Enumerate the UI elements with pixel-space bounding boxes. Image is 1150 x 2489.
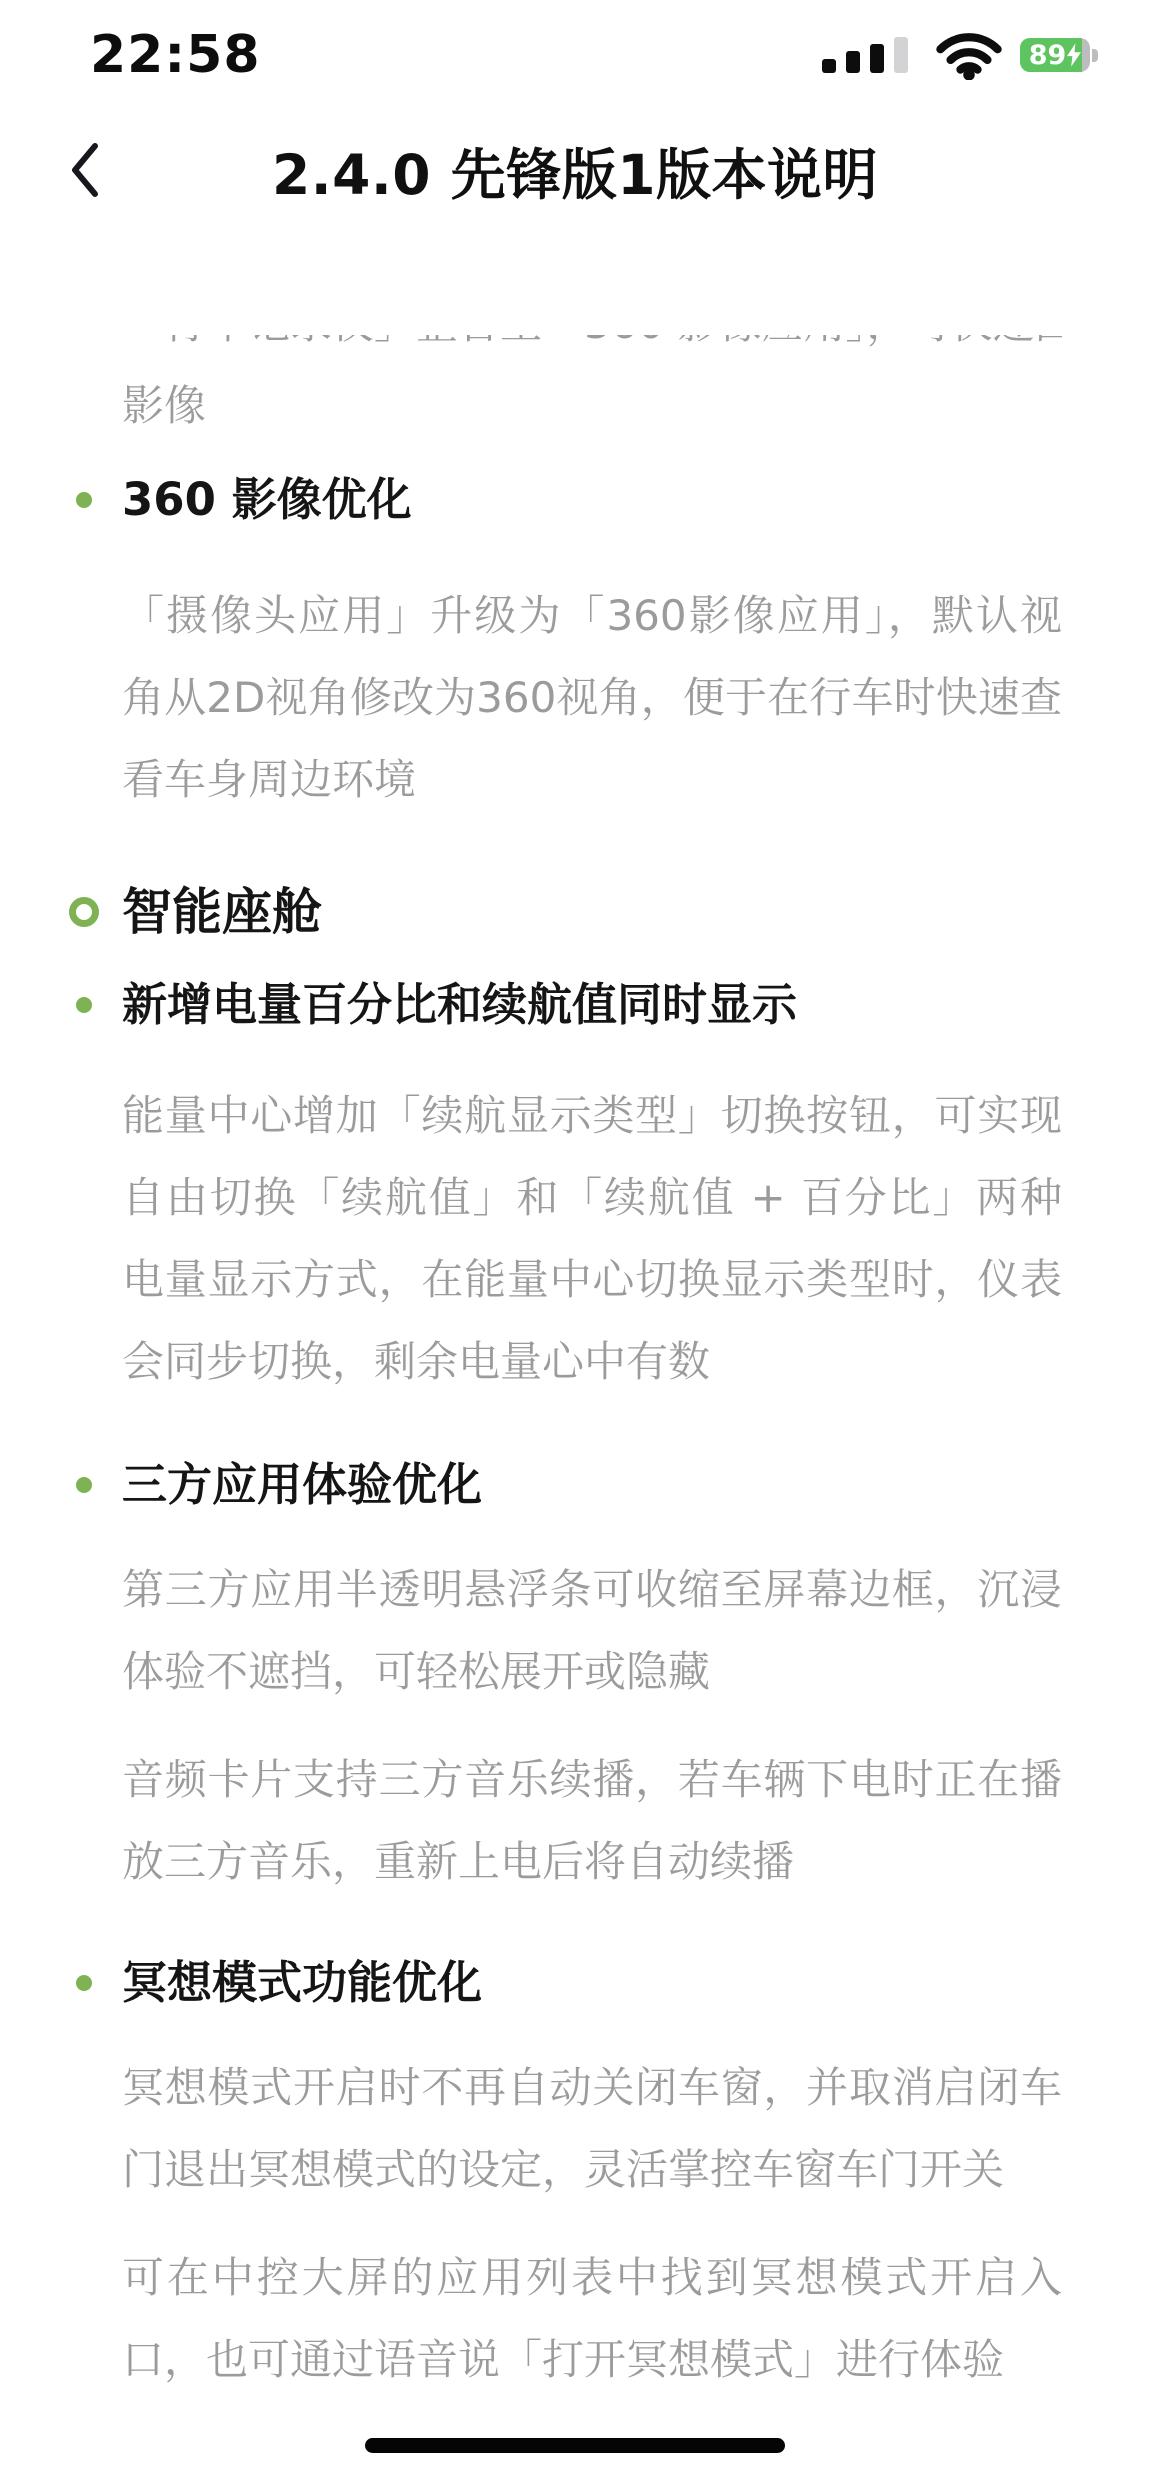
item-paragraph: 冥想模式开启时不再自动关闭车窗，并取消启闭车门退出冥想模式的设定，灵活掌控车窗车… <box>122 2047 1062 2211</box>
item-paragraph: 可在中控大屏的应用列表中找到冥想模式开启入口，也可通过语音说「打开冥想模式」进行… <box>122 2237 1062 2401</box>
wifi-icon <box>936 30 1002 80</box>
item-bullet-icon <box>76 1975 92 1991</box>
chevron-left-icon <box>68 141 100 199</box>
release-note-item: 冥想模式功能优化 冥想模式开启时不再自动关闭车窗，并取消启闭车门退出冥想模式的设… <box>122 1953 1062 2401</box>
item-paragraph: 音频卡片支持三方音乐续播，若车辆下电时正在播放三方音乐，重新上电后将自动续播 <box>122 1739 1062 1903</box>
battery-indicator: 89 <box>1020 38 1098 72</box>
charging-bolt-icon <box>1067 43 1081 67</box>
clipped-paragraph: 「行车记录仪」整合至「360 影像应用」，可快速回看 影像 <box>122 335 1062 450</box>
item-paragraph: 能量中心增加「续航显示类型」切换按钮，可实现自由切换「续航值」和「续航值 + 百… <box>122 1075 1062 1403</box>
item-bullet-icon <box>76 997 92 1013</box>
nav-bar: 2.4.0 先锋版1版本说明 <box>0 100 1150 240</box>
item-title: 新增电量百分比和续航值同时显示 <box>122 975 1062 1035</box>
release-note-section: 智能座舱 <box>122 879 1062 945</box>
item-title: 冥想模式功能优化 <box>122 1953 1062 2013</box>
release-notes-scroll-area[interactable]: 「行车记录仪」整合至「360 影像应用」，可快速回看 影像 360 影像优化 「… <box>0 335 1150 2401</box>
back-button[interactable] <box>68 135 128 205</box>
section-bullet-icon <box>69 897 99 927</box>
item-paragraph: 「摄像头应用」升级为「360影像应用」，默认视角从2D视角修改为360视角，便于… <box>122 575 1062 821</box>
clipped-paragraph-hidden-line: 「行车记录仪」整合至「360 影像应用」，可快速回看 <box>122 335 1062 365</box>
status-time: 22:58 <box>90 25 261 85</box>
section-title: 智能座舱 <box>122 879 1062 945</box>
page-title: 2.4.0 先锋版1版本说明 <box>272 131 878 210</box>
item-title: 三方应用体验优化 <box>122 1455 1062 1515</box>
status-bar: 22:58 89 <box>0 0 1150 100</box>
home-indicator[interactable] <box>365 2438 785 2453</box>
battery-body: 89 <box>1020 38 1090 72</box>
item-bullet-icon <box>76 492 92 508</box>
item-bullet-icon <box>76 1477 92 1493</box>
battery-percent: 89 <box>1029 40 1067 71</box>
cellular-signal-icon <box>822 37 918 73</box>
release-note-item: 三方应用体验优化 第三方应用半透明悬浮条可收缩至屏幕边框，沉浸体验不遮挡，可轻松… <box>122 1455 1062 1903</box>
release-note-item: 360 影像优化 「摄像头应用」升级为「360影像应用」，默认视角从2D视角修改… <box>122 470 1062 821</box>
release-note-item: 新增电量百分比和续航值同时显示 能量中心增加「续航显示类型」切换按钮，可实现自由… <box>122 975 1062 1403</box>
clipped-paragraph-visible-tail: 影像 <box>122 365 1062 447</box>
item-title: 360 影像优化 <box>122 470 1062 530</box>
item-paragraph: 第三方应用半透明悬浮条可收缩至屏幕边框，沉浸体验不遮挡，可轻松展开或隐藏 <box>122 1549 1062 1713</box>
battery-nub <box>1092 49 1098 62</box>
